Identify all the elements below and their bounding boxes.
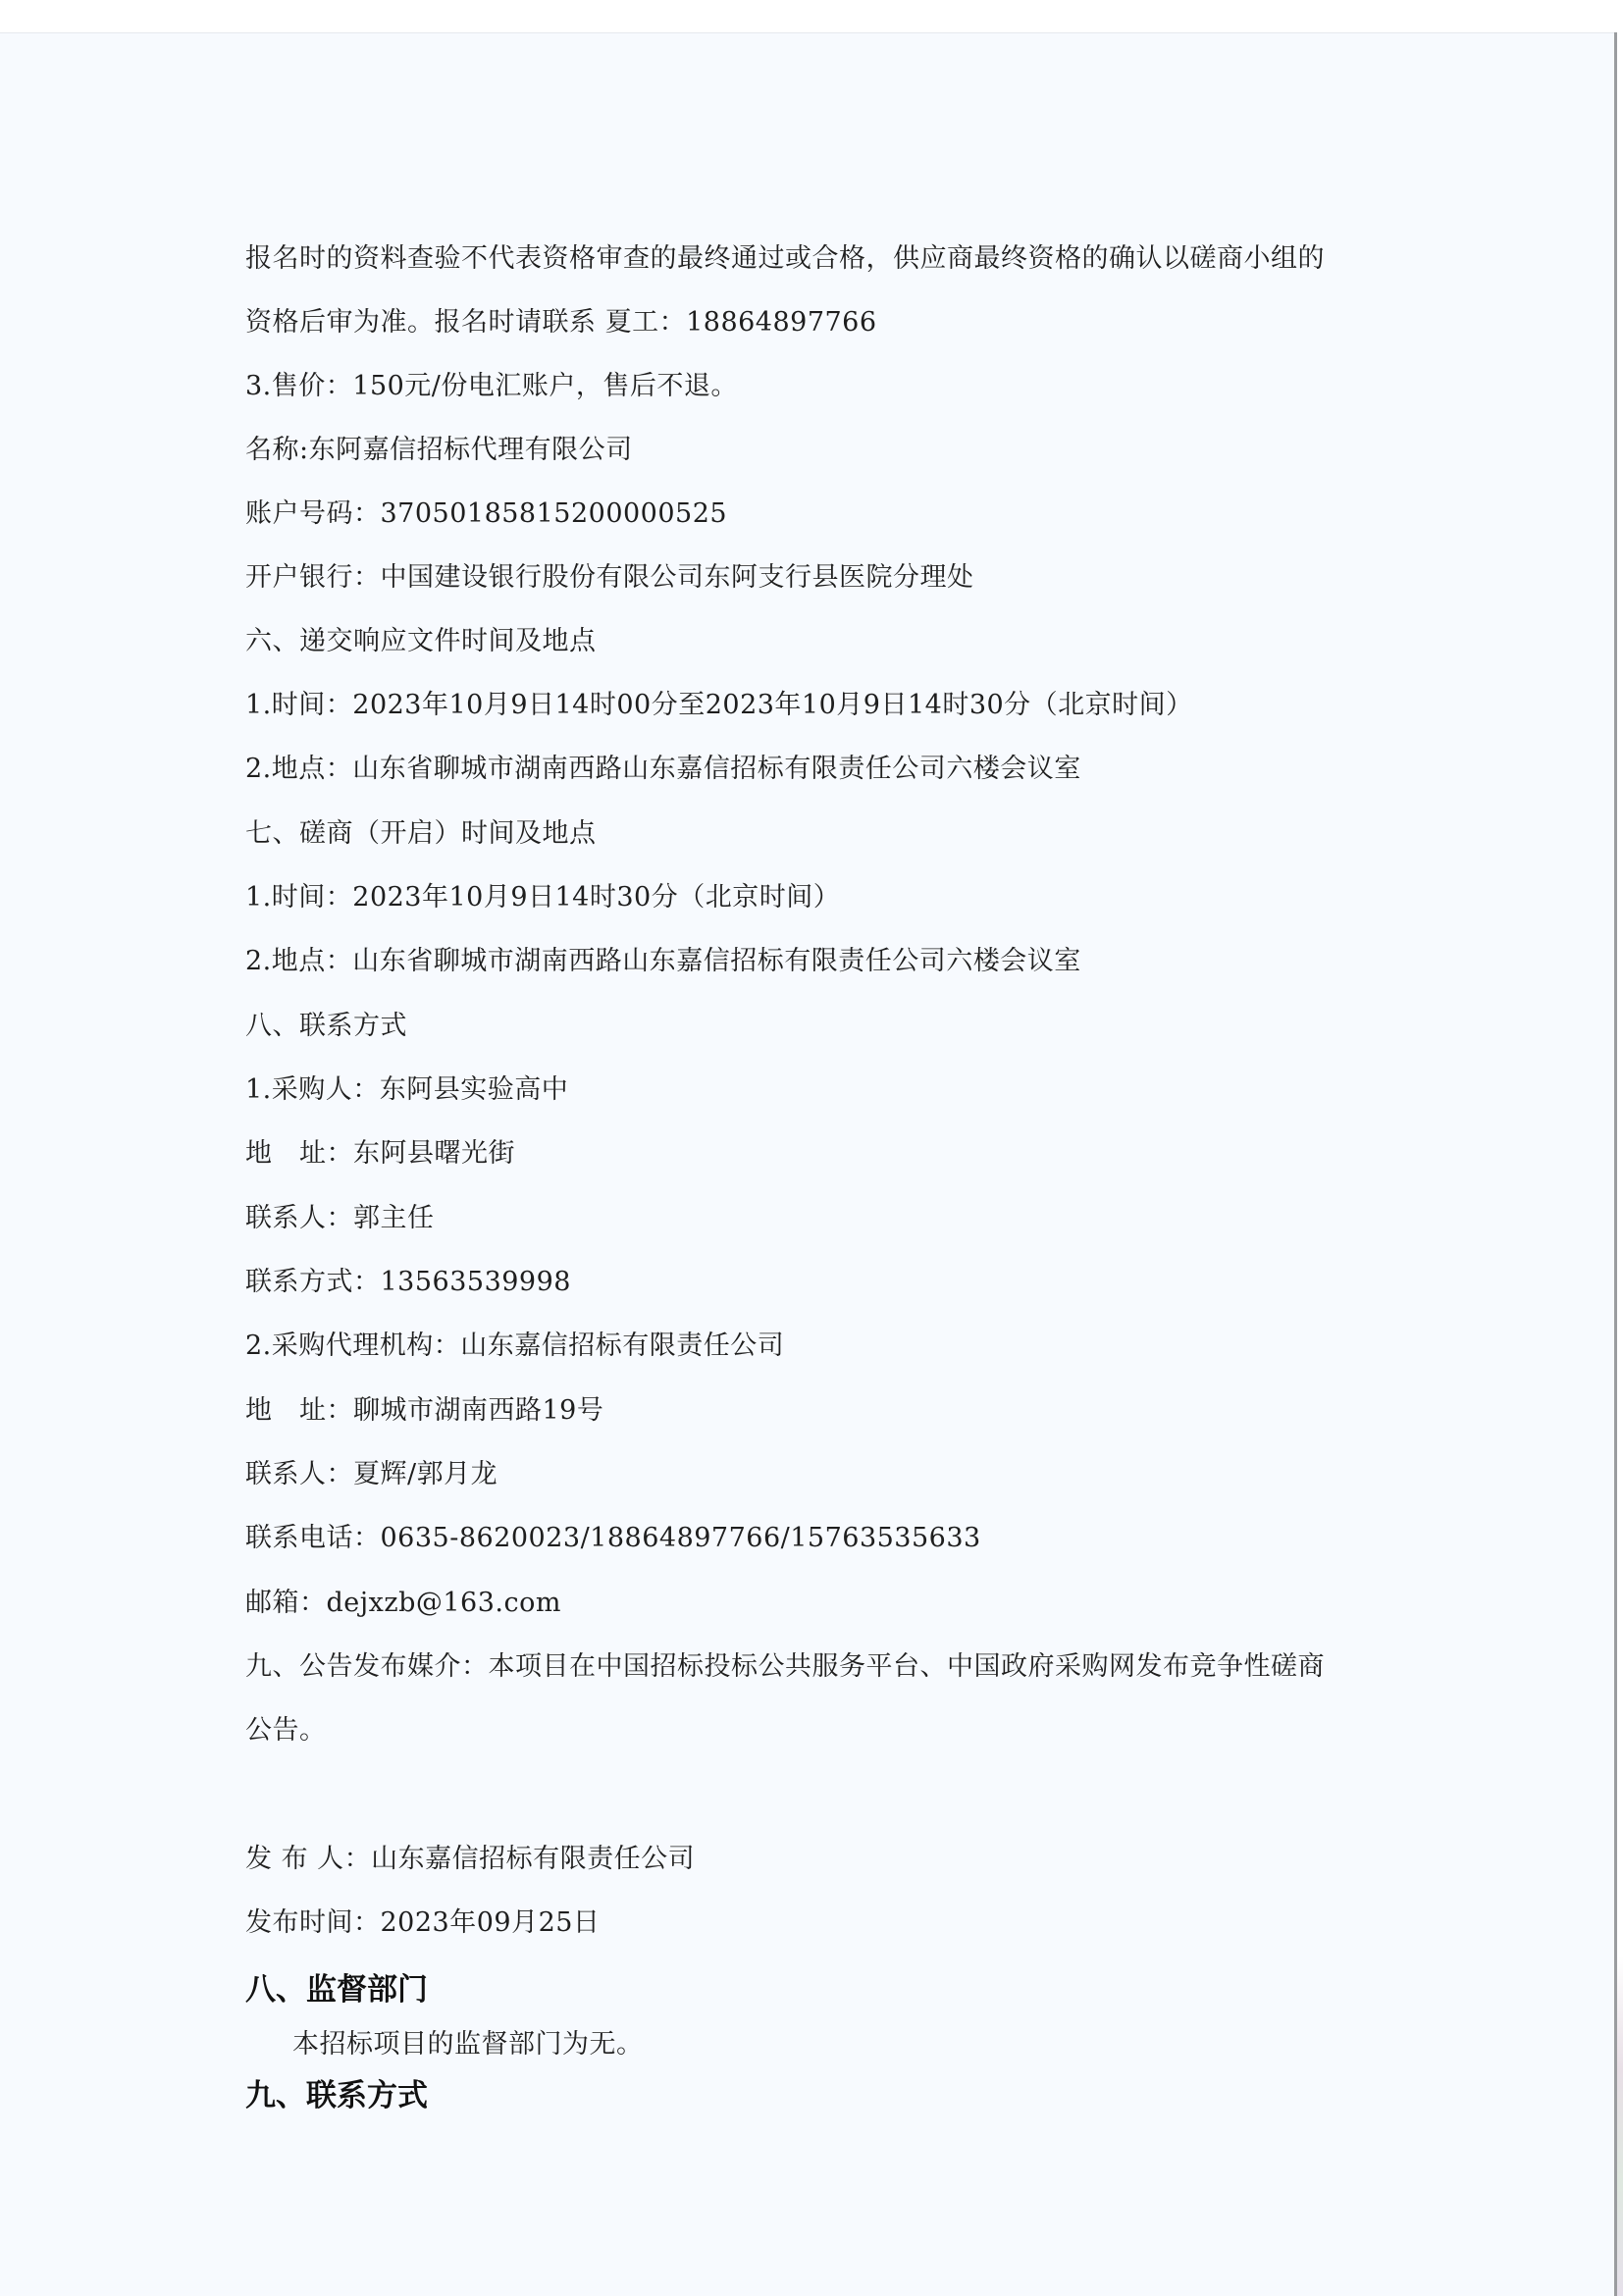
agency-name: 2.采购代理机构：山东嘉信招标有限责任公司	[245, 1331, 784, 1362]
agency-address: 地 址：聊城市湖南西路19号	[245, 1395, 603, 1427]
registration-note-line-1: 报名时的资料查验不代表资格审查的最终通过或合格，供应商最终资格的确认以磋商小组的	[245, 243, 1325, 275]
section-9-line-2: 公告。	[245, 1715, 327, 1747]
publish-time: 发布时间：2023年09月25日	[245, 1907, 600, 1939]
scanned-page	[0, 32, 1614, 2296]
purchaser-address: 地 址：东阿县曙光街	[245, 1138, 515, 1170]
section-7-place: 2.地点：山东省聊城市湖南西路山东嘉信招标有限责任公司六楼会议室	[245, 946, 1081, 977]
publisher: 发 布 人：山东嘉信招标有限责任公司	[245, 1844, 695, 1875]
section-6-time: 1.时间：2023年10月9日14时00分至2023年10月9日14时30分（北…	[245, 690, 1193, 721]
supervision-text: 本招标项目的监督部门为无。	[292, 2029, 644, 2061]
supervision-heading: 八、监督部门	[245, 1972, 428, 2008]
agency-email: 邮箱：dejxzb@163.com	[245, 1588, 561, 1619]
purchaser-phone: 联系方式：13563539998	[245, 1267, 571, 1298]
account-name: 名称:东阿嘉信招标代理有限公司	[245, 435, 633, 466]
agency-contact: 联系人：夏辉/郭月龙	[245, 1459, 497, 1490]
section-8-title: 八、联系方式	[245, 1011, 407, 1042]
price-info: 3.售价：150元/份电汇账户，售后不退。	[245, 371, 738, 402]
account-bank: 开户银行：中国建设银行股份有限公司东阿支行县医院分理处	[245, 562, 974, 594]
scan-edge-artifact	[1617, 32, 1623, 2296]
agency-phone: 联系电话：0635-8620023/18864897766/1576353563…	[245, 1523, 981, 1554]
purchaser-name: 1.采购人：东阿县实验高中	[245, 1074, 568, 1106]
contact-heading: 九、联系方式	[245, 2078, 428, 2113]
section-6-place: 2.地点：山东省聊城市湖南西路山东嘉信招标有限责任公司六楼会议室	[245, 754, 1081, 785]
section-6-title: 六、递交响应文件时间及地点	[245, 626, 597, 657]
purchaser-contact: 联系人：郭主任	[245, 1203, 435, 1234]
section-7-title: 七、磋商（开启）时间及地点	[245, 818, 597, 850]
registration-note-line-2: 资格后审为准。报名时请联系 夏工：18864897766	[245, 307, 877, 339]
account-number: 账户号码：37050185815200000525	[245, 498, 727, 530]
section-9-line-1: 九、公告发布媒介：本项目在中国招标投标公共服务平台、中国政府采购网发布竞争性磋商	[245, 1651, 1325, 1683]
section-7-time: 1.时间：2023年10月9日14时30分（北京时间）	[245, 882, 840, 913]
